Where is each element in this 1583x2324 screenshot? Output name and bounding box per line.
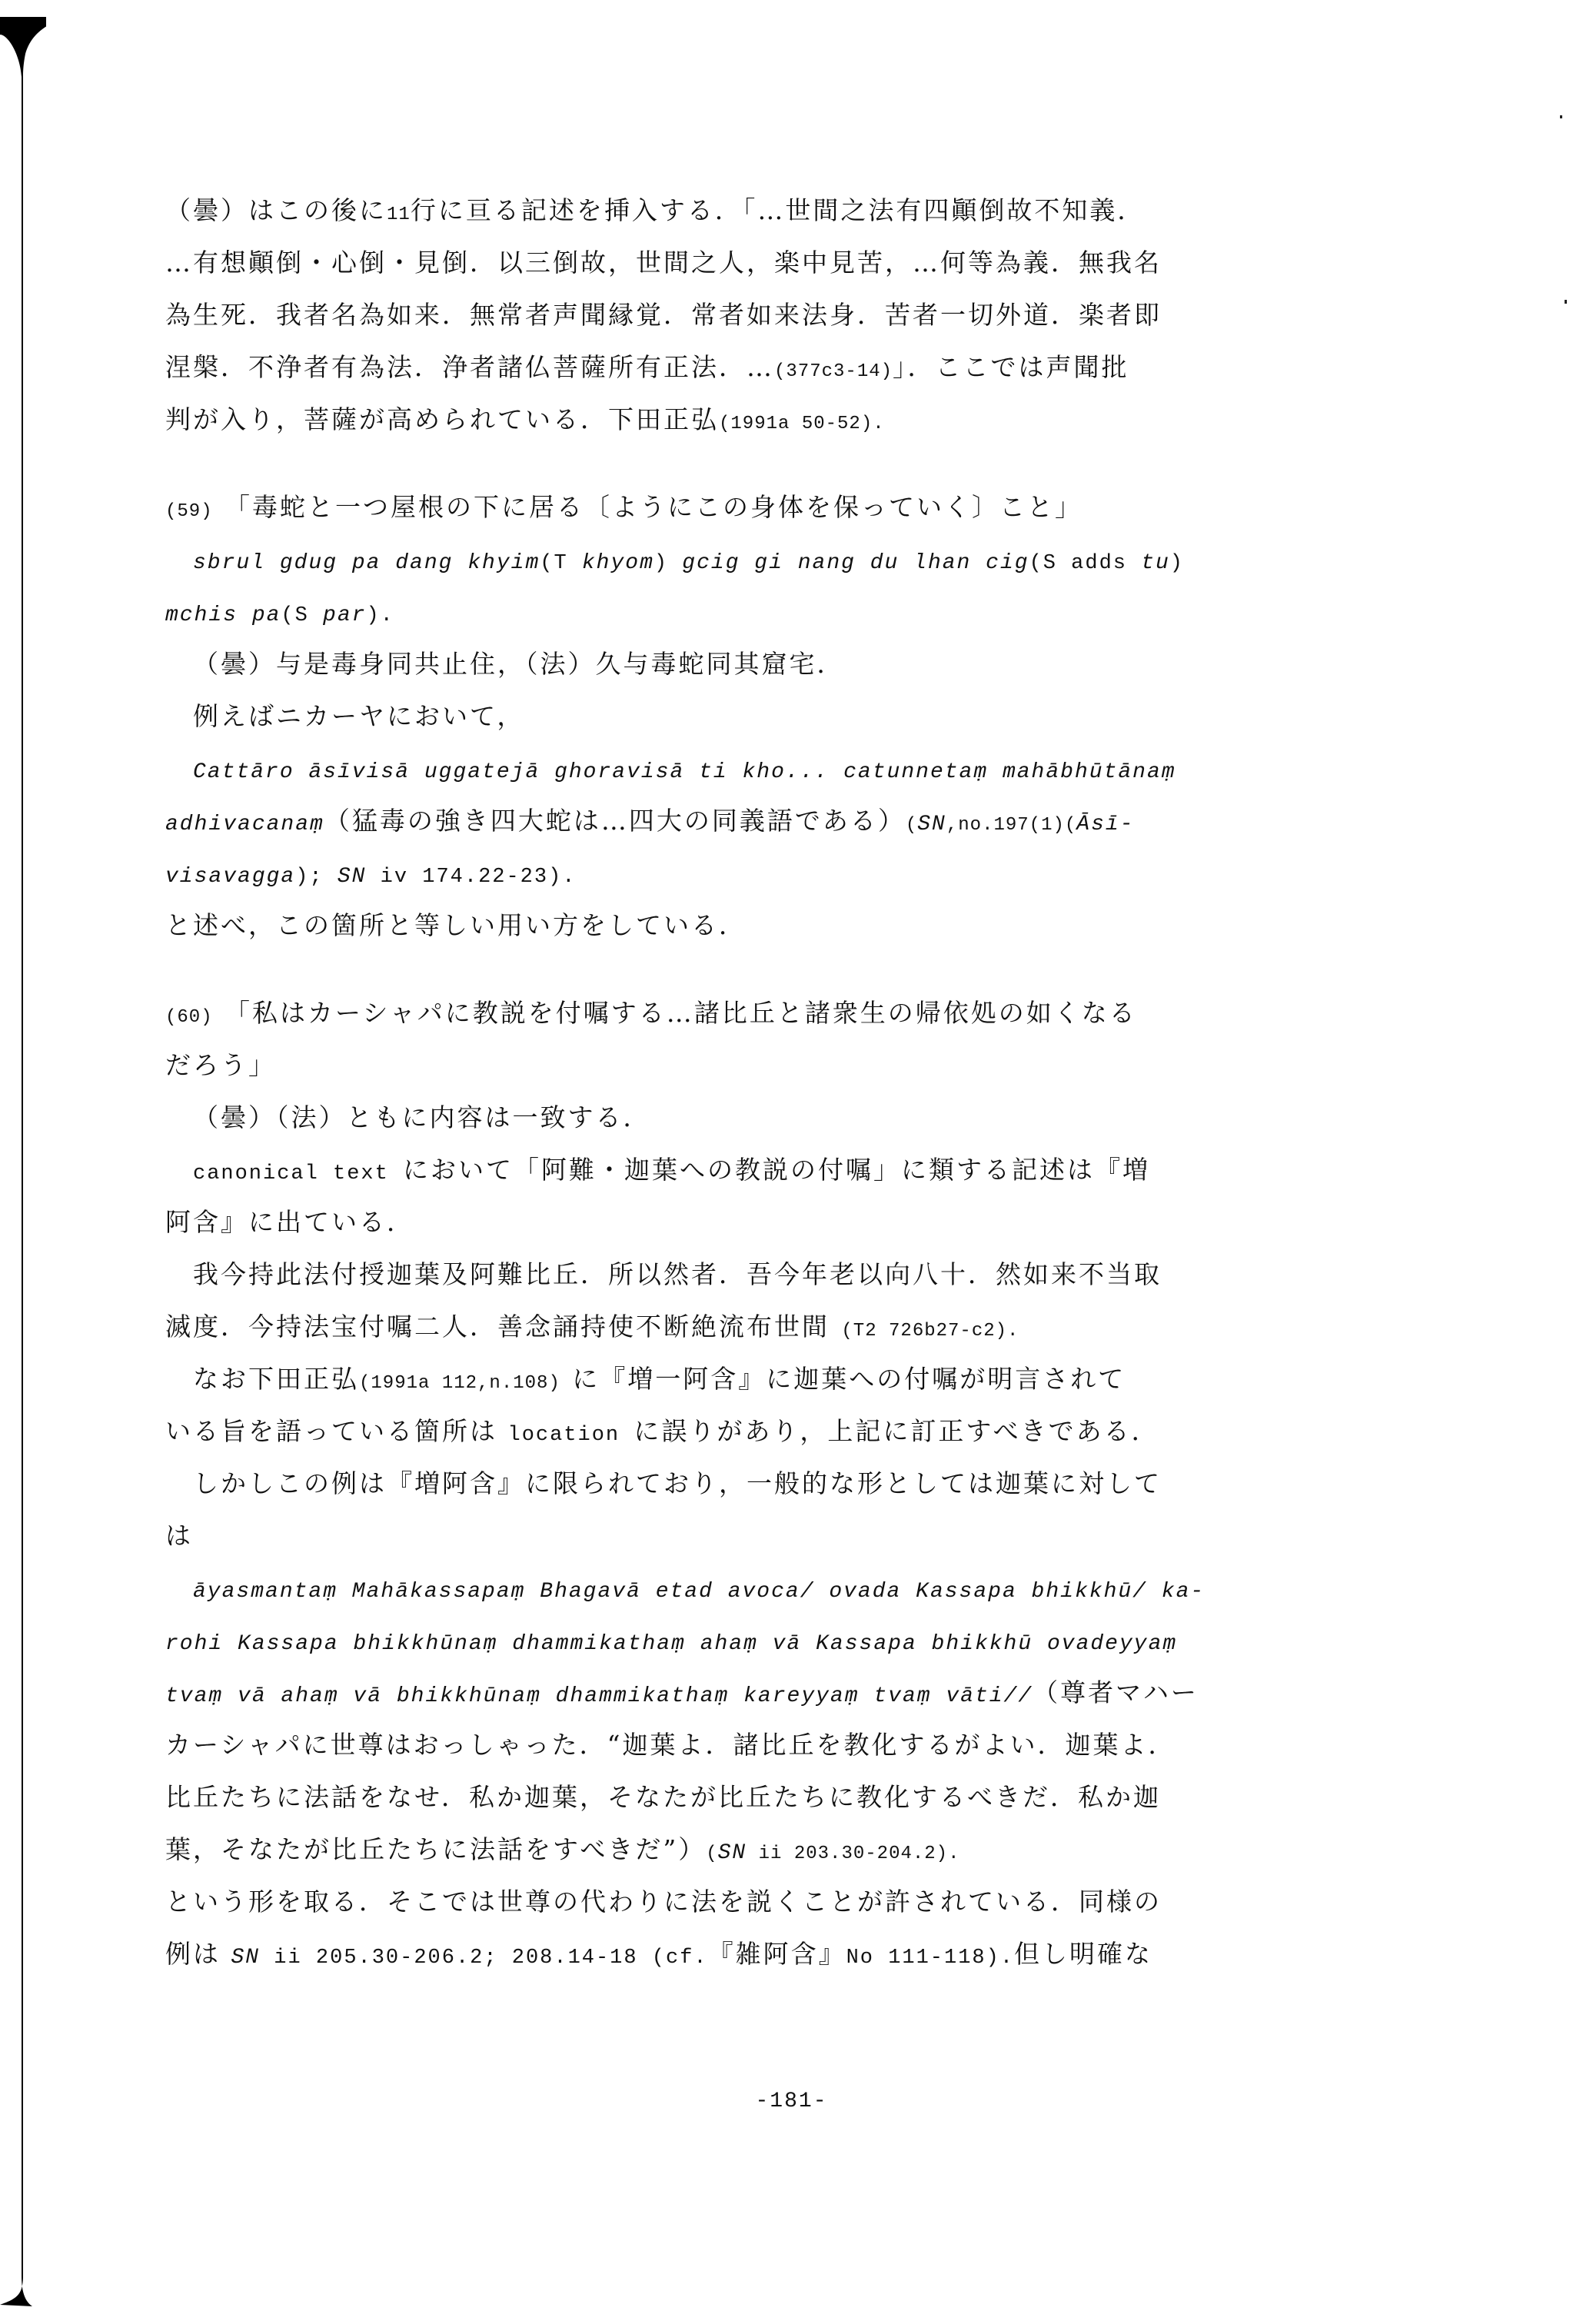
text-line: (60) 「私はカーシャパに教説を付嘱する…諸比丘と諸衆生の帰依処の如くなる	[165, 987, 1353, 1039]
transliteration-text: SN	[231, 1946, 261, 1970]
text-line: visavagga); SN iv 174.22-23).	[165, 847, 1353, 899]
page-number: -181-	[0, 2090, 1583, 2113]
transliteration-text: khyom	[582, 551, 654, 575]
text-run: 例は	[165, 1939, 231, 1969]
text-run: …有想顚倒・心倒・見倒．以三倒故，世間之人，楽中見苦，…何等為義．無我名	[165, 248, 1162, 278]
text-line: カーシャパに世尊はおっしゃった．“迦葉よ．諸比丘を教化するがよい．迦葉よ．	[165, 1719, 1353, 1771]
text-line: 判が入り，菩薩が高められている．下田正弘(1991a 50-52).	[165, 394, 1353, 446]
text-line: 例えばニカーヤにおいて，	[165, 690, 1353, 743]
text-run: (60)	[165, 1007, 224, 1028]
scan-speck	[1565, 300, 1567, 304]
text-line: （曇）はこの後に11行に亘る記述を挿入する．「…世間之法有四顚倒故不知義．	[165, 185, 1353, 237]
text-line: （曇）与是毒身同共止住，（法）久与毒蛇同其窟宅．	[165, 638, 1353, 690]
text-run: という形を取る．そこでは世尊の代わりに法を説くことが許されている．同様の	[165, 1887, 1162, 1917]
text-line: mchis pa(S par).	[165, 586, 1353, 638]
transliteration-text: rohi Kassapa bhikkhūnaṃ dhammikathaṃ aha…	[165, 1632, 1177, 1656]
text-line: は	[165, 1510, 1353, 1562]
text-line: 例は SN ii 205.30-206.2; 208.14-18 (cf.『雑阿…	[165, 1928, 1353, 1980]
text-line: 涅槃．不浄者有為法．浄者諸仏菩薩所有正法．…(377c3-14)」．ここでは声聞…	[165, 341, 1353, 394]
text-line: Cattāro āsīvisā uggatejā ghoravisā ti kh…	[165, 743, 1353, 795]
text-run: （曇）はこの後に	[165, 195, 387, 225]
text-line: なお下田正弘(1991a 112,n.108) に『増一阿含』に迦葉への付嘱が明…	[165, 1353, 1353, 1405]
binding-mark	[0, 0, 46, 2324]
text-run: (1991a 50-52).	[719, 414, 885, 434]
text-line: …有想顚倒・心倒・見倒．以三倒故，世間之人，楽中見苦，…何等為義．無我名	[165, 237, 1353, 289]
text-line: tvaṃ vā ahaṃ vā bhikkhūnaṃ dhammikathaṃ …	[165, 1667, 1353, 1719]
transliteration-text: sbrul gdug pa dang khyim	[193, 551, 540, 575]
text-run: (	[906, 815, 917, 836]
text-run: (1991a 112,n.108)	[359, 1373, 572, 1394]
text-line: sbrul gdug pa dang khyim(T khyom) gcig g…	[165, 534, 1353, 586]
transliteration-text: gcig gi nang du lhan cig	[682, 551, 1029, 575]
text-run: (S adds	[1029, 552, 1142, 575]
text-run: 但し明確な	[1014, 1939, 1152, 1969]
text-run: No 111-118).	[846, 1947, 1014, 1970]
text-line: adhivacanaṃ（猛毒の強き四大蛇は…四大の同義語である）(SN,no.1…	[165, 795, 1353, 847]
transliteration-text: mchis pa	[165, 603, 281, 627]
text-run: (T	[540, 552, 582, 575]
text-run: 滅度．今持法宝付嘱二人．善念誦持使不断絶流布世間	[165, 1312, 830, 1342]
text-run: 涅槃．不浄者有為法．浄者諸仏菩薩所有正法．…	[165, 352, 774, 382]
text-run: (	[706, 1844, 717, 1864]
text-run: は	[165, 1521, 193, 1551]
text-run: 例えばニカーヤにおいて，	[193, 701, 524, 731]
text-run: );	[295, 866, 338, 889]
transliteration-text: āyasmantaṃ Mahākassapaṃ Bhagavā etad avo…	[193, 1580, 1205, 1604]
text-run: 行に亘る記述を挿入する．「…世間之法有四顚倒故不知義．	[411, 195, 1146, 225]
text-run: (T2 726b27-c2).	[830, 1321, 1019, 1342]
text-line: 為生死．我者名為如来．無常者声聞縁覚．常者如来法身．苦者一切外道．楽者即	[165, 289, 1353, 341]
text-line: と述べ，この箇所と等しい用い方をしている．	[165, 899, 1353, 952]
text-line: 比丘たちに法話をなせ．私か迦葉，そなたが比丘たちに教化するべきだ．私か迦	[165, 1771, 1353, 1824]
text-line: rohi Kassapa bhikkhūnaṃ dhammikathaṃ aha…	[165, 1614, 1353, 1667]
transliteration-text: SN	[718, 1841, 747, 1865]
text-line: āyasmantaṃ Mahākassapaṃ Bhagavā etad avo…	[165, 1562, 1353, 1614]
text-run: 「私はカーシャパに教説を付嘱する…諸比丘と諸衆生の帰依処の如くなる	[224, 998, 1137, 1028]
text-line: しかしこの例は『増阿含』に限られており，一般的な形としては迦葉に対して	[165, 1458, 1353, 1510]
text-run: いる旨を語っている箇所は	[165, 1416, 508, 1446]
text-run: 葉，そなたが比丘たちに法話をすべきだ”）	[165, 1834, 706, 1864]
text-run: しかしこの例は『増阿含』に限られており，一般的な形としては迦葉に対して	[193, 1468, 1162, 1498]
text-line: という形を取る．そこでは世尊の代わりに法を説くことが許されている．同様の	[165, 1876, 1353, 1928]
text-run: 我今持此法付授迦葉及阿難比丘．所以然者．吾今年老以向八十．然如来不当取	[193, 1259, 1162, 1289]
text-run: カーシャパに世尊はおっしゃった．“迦葉よ．諸比丘を教化するがよい．迦葉よ．	[165, 1730, 1176, 1760]
text-run: 」．ここでは声聞批	[893, 352, 1129, 382]
text-line: (59) 「毒蛇と一つ屋根の下に居る〔ようにこの身体を保っていく〕こと」	[165, 481, 1353, 534]
text-line: canonical text において「阿難・迦葉への教説の付嘱」に類する記述は…	[165, 1144, 1353, 1196]
text-run: 比丘たちに法話をなせ．私か迦葉，そなたが比丘たちに教化するべきだ．私か迦	[165, 1782, 1161, 1812]
text-run: ).	[366, 604, 394, 627]
text-run: だろう」	[165, 1050, 276, 1080]
transliteration-text: Āsī-	[1076, 813, 1134, 836]
text-run: )	[654, 552, 682, 575]
footnote-60: (60) 「私はカーシャパに教説を付嘱する…諸比丘と諸衆生の帰依処の如くなるだろ…	[165, 987, 1353, 1980]
transliteration-text: SN	[338, 865, 367, 889]
transliteration-text: tvaṃ vā ahaṃ vā bhikkhūnaṃ dhammikathaṃ …	[165, 1684, 1033, 1708]
text-run: （曇）（法）ともに内容は一致する．	[193, 1102, 651, 1132]
text-run: （猛毒の強き四大蛇は…四大の同義語である）	[324, 806, 906, 836]
text-run: 11	[387, 204, 411, 225]
text-run: 判が入り，菩薩が高められている．下田正弘	[165, 404, 719, 434]
text-run: location	[508, 1424, 634, 1447]
text-run: (377c3-14)	[774, 361, 893, 382]
text-run: 『雑阿含』	[708, 1939, 846, 1969]
text-run: において「阿難・迦葉への教説の付嘱」に類する記述は『増	[403, 1155, 1150, 1185]
text-run: ,no.197(1)(	[946, 815, 1076, 836]
transliteration-text: SN	[917, 813, 946, 836]
text-run: (S	[281, 604, 323, 627]
transliteration-text: Cattāro āsīvisā uggatejā ghoravisā ti kh…	[193, 760, 1176, 784]
text-line: だろう」	[165, 1039, 1353, 1092]
transliteration-text: par	[323, 603, 366, 627]
text-run: （曇）与是毒身同共止住，（法）久与毒蛇同其窟宅．	[193, 649, 845, 679]
text-run: canonical text	[193, 1162, 403, 1185]
transliteration-text: visavagga	[165, 865, 295, 889]
text-run: なお下田正弘	[193, 1364, 359, 1394]
text-run: ii 203.30-204.2).	[747, 1844, 959, 1864]
footnote-59: (59) 「毒蛇と一つ屋根の下に居る〔ようにこの身体を保っていく〕こと」sbru…	[165, 481, 1353, 952]
transliteration-text: adhivacanaṃ	[165, 813, 324, 836]
text-run: ii 205.30-206.2; 208.14-18 (cf.	[260, 1947, 707, 1970]
text-line: 葉，そなたが比丘たちに法話をすべきだ”）(SN ii 203.30-204.2)…	[165, 1824, 1353, 1876]
text-line: 我今持此法付授迦葉及阿難比丘．所以然者．吾今年老以向八十．然如来不当取	[165, 1248, 1353, 1301]
text-run: に誤りがあり，上記に訂正すべきである．	[634, 1416, 1159, 1446]
text-run: 「毒蛇と一つ屋根の下に居る〔ようにこの身体を保っていく〕こと」	[224, 492, 1082, 522]
text-run: iv 174.22-23).	[366, 866, 576, 889]
text-run: )	[1170, 552, 1184, 575]
transliteration-text: tu	[1141, 551, 1170, 575]
text-run: 阿含』に出ている．	[165, 1207, 414, 1237]
text-line: 阿含』に出ている．	[165, 1196, 1353, 1248]
text-run: 為生死．我者名為如来．無常者声聞縁覚．常者如来法身．苦者一切外道．楽者即	[165, 300, 1162, 330]
scan-speck	[1560, 115, 1562, 118]
text-run: に『増一阿含』に迦葉への付嘱が明言されて	[572, 1364, 1126, 1394]
text-line: （曇）（法）ともに内容は一致する．	[165, 1092, 1353, 1144]
footnote-continuation: （曇）はこの後に11行に亘る記述を挿入する．「…世間之法有四顚倒故不知義．…有想…	[165, 185, 1353, 446]
text-line: いる旨を語っている箇所は location に誤りがあり，上記に訂正すべきである…	[165, 1405, 1353, 1458]
text-run: （尊者マハー	[1033, 1677, 1199, 1707]
text-line: 滅度．今持法宝付嘱二人．善念誦持使不断絶流布世間 (T2 726b27-c2).	[165, 1301, 1353, 1353]
text-run: と述べ，この箇所と等しい用い方をしている．	[165, 910, 747, 940]
text-run: (59)	[165, 501, 224, 522]
page-body: （曇）はこの後に11行に亘る記述を挿入する．「…世間之法有四顚倒故不知義．…有想…	[165, 185, 1353, 1980]
